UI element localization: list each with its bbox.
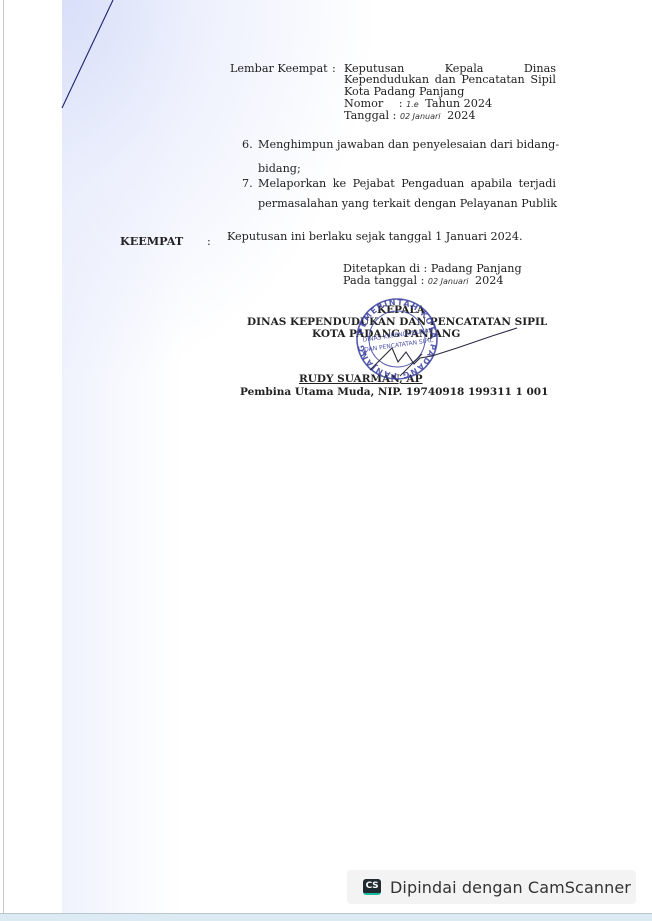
decision-label: KEEMPAT — [120, 235, 183, 248]
decision-text: Keputusan ini berlaku sejak tanggal 1 Ja… — [227, 230, 523, 243]
decree-date: Tanggal : 02 Januari 2024 — [344, 109, 476, 123]
tanggal-colon: : — [393, 109, 397, 122]
camscanner-icon: CS — [363, 879, 381, 895]
enactment-date: Pada tanggal : 02 Januari 2024 — [343, 274, 504, 288]
enactment-date-handwritten: 02 Januari — [428, 277, 469, 286]
nomor-handwritten: 1.e — [406, 100, 419, 109]
scanned-page: Lembar Keempat : Keputusan Kepala Dinas … — [62, 0, 652, 914]
enactment-date-year: 2024 — [475, 274, 503, 287]
viewer-bottom-bar — [0, 914, 652, 921]
list-item-number: 6. — [242, 138, 253, 151]
page-fold-line — [62, 0, 122, 112]
title-word: Pencatatan — [461, 73, 524, 86]
list-item-text: bidang; — [258, 162, 301, 175]
camscanner-watermark: CS Dipindai dengan CamScanner — [347, 870, 636, 904]
viewer-left-margin — [0, 0, 62, 914]
list-item-text: Melaporkan ke Pejabat Pengaduan apabila … — [258, 177, 556, 190]
sheet-label: Lembar Keempat — [230, 62, 328, 75]
list-item-number: 7. — [242, 177, 253, 190]
decision-colon: : — [207, 235, 211, 248]
handwritten-signature — [362, 318, 522, 378]
list-item-text: permasalahan yang terkait dengan Pelayan… — [258, 197, 557, 210]
enactment-date-label: Pada tanggal : — [343, 274, 424, 287]
signatory-rank-nip: Pembina Utama Muda, NIP. 19740918 199311… — [240, 386, 548, 399]
tanggal-handwritten: 02 Januari — [400, 112, 441, 121]
tanggal-year: 2024 — [447, 109, 475, 122]
sheet-label-colon: : — [332, 62, 336, 75]
tanggal-label: Tanggal — [344, 109, 389, 122]
viewer-border — [3, 0, 4, 914]
camscanner-text: Dipindai dengan CamScanner — [390, 878, 631, 897]
list-item-text: Menghimpun jawaban dan penyelesaian dari… — [258, 138, 556, 151]
title-word: Sipil — [530, 73, 556, 86]
